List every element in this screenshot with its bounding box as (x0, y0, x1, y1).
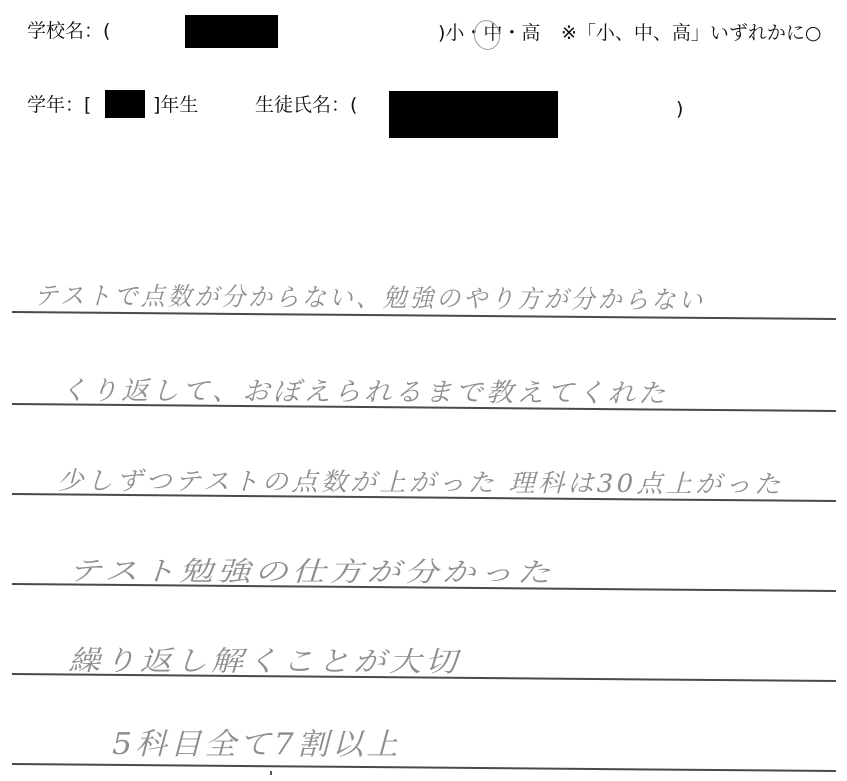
student-name-close: ) (676, 100, 683, 119)
answer-line-1: テストで点数が分からない、勉強のやり方が分からない (34, 276, 705, 317)
redacted-school-name (185, 15, 278, 48)
redacted-student-name (389, 91, 558, 138)
circle-instruction: ※「小、中、高」いずれかに○ (561, 24, 822, 43)
grade-suffix: ]年生 (153, 96, 198, 115)
redacted-grade (105, 90, 145, 118)
school-name-label: 学校名：( (27, 22, 110, 41)
stray-mark (270, 771, 272, 775)
student-name-label: 生徒氏名：( (255, 96, 357, 115)
answer-line-6: 5科目全て7割以上 (112, 719, 401, 764)
ruled-line-6 (12, 763, 836, 772)
grade-label: 学年：[ (27, 96, 91, 115)
